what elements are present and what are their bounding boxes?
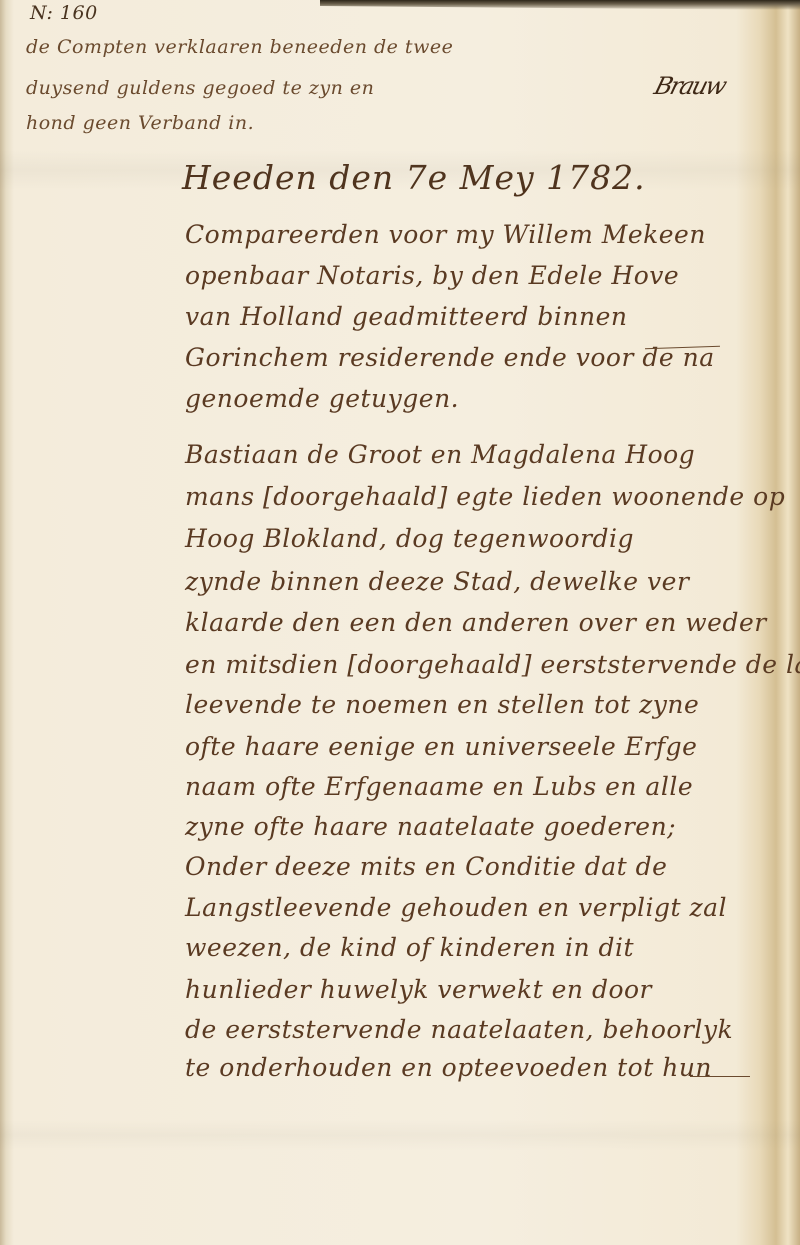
body-line: leevende te noemen en stellen tot zyne [185, 690, 699, 719]
line-filler-stroke [690, 1076, 750, 1077]
margin-note-line: hond geen Verband in. [26, 112, 254, 134]
body-line: Bastiaan de Groot en Magdalena Hoog [185, 440, 695, 469]
body-line: te onderhouden en opteevoeden tot hun [185, 1053, 712, 1082]
body-line: openbaar Notaris, by den Edele Hove [185, 261, 679, 290]
folio-number: N: 160 [30, 2, 98, 24]
body-line: de eerststervende naatelaaten, behoorlyk [185, 1015, 733, 1044]
body-line: mans [doorgehaald] egte lieden woonende … [185, 482, 785, 511]
body-line: Compareerden voor my Willem Mekeen [185, 220, 706, 249]
notary-signature: Brauw [651, 72, 728, 100]
margin-note-line: de Compten verklaaren beneeden de twee [26, 36, 453, 58]
body-line: Hoog Blokland, dog tegenwoordig [185, 524, 634, 553]
body-line: naam ofte Erfgenaame en Lubs en alle [185, 772, 693, 801]
body-line: zyne ofte haare naatelaate goederen; [185, 812, 676, 841]
body-line: Langstleevende gehouden en verpligt zal [185, 893, 727, 922]
body-line: genoemde getuygen. [185, 384, 459, 413]
manuscript-page: N: 160 de Compten verklaaren beneeden de… [0, 0, 800, 1245]
body-line: klaarde den een den anderen over en wede… [185, 608, 767, 637]
deed-heading: Heeden den 7e Mey 1782. [182, 158, 646, 197]
body-line: ofte haare eenige en universeele Erfge [185, 732, 697, 761]
body-line: weezen, de kind of kinderen in dit [185, 933, 634, 962]
margin-note-line: duysend guldens gegoed te zyn en [26, 77, 374, 99]
body-line: Onder deeze mits en Conditie dat de [185, 852, 667, 881]
body-line: hunlieder huwelyk verwekt en door [185, 975, 652, 1004]
heading-place: Heeden [182, 158, 318, 197]
body-line: Gorinchem residerende ende voor de na [185, 343, 715, 372]
paper-fold-shadow [0, 1120, 800, 1150]
body-line: zynde binnen deeze Stad, dewelke ver [185, 567, 689, 596]
body-line: en mitsdien [doorgehaald] eerststervende… [185, 650, 800, 679]
body-line: van Holland geadmitteerd binnen [185, 302, 627, 331]
heading-date: den 7e Mey 1782. [329, 158, 645, 197]
